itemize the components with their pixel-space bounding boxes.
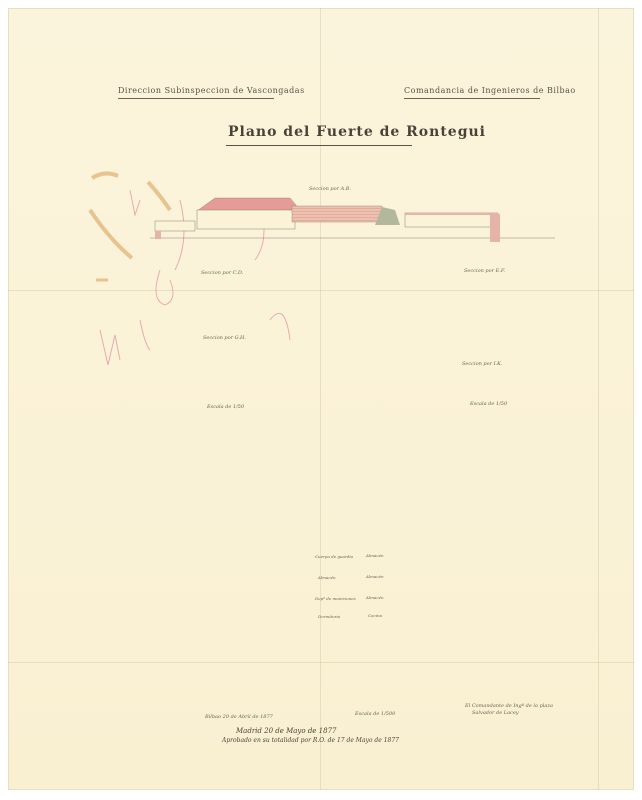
room-label: Dormitorio (318, 614, 340, 619)
room-label: Almacén (366, 553, 384, 558)
room-label: Almacén (366, 595, 384, 600)
plan-scale-label: Escala de 1/500 (355, 711, 395, 717)
commander-title: El Comandante de Ingº de la plaza (465, 703, 553, 709)
room-label: Depº de municiones (315, 596, 356, 601)
madrid-date: Madrid 20 de Mayo de 1877 (236, 727, 337, 735)
section-gh-scale: Escala de 1/50 (207, 404, 244, 410)
section-ab-label: Seccion por A.B. (309, 186, 351, 192)
section-ik-scale: Escala de 1/50 (470, 401, 507, 407)
commander-name: Salvador de Lacey (472, 710, 519, 716)
place-date: Bilbao 20 de Abril de 1877 (205, 714, 273, 720)
section-gh-label: Seccion por G.H. (203, 335, 246, 341)
section-cd-label: Seccion por C.D. (201, 270, 243, 276)
section-ef-label: Seccion por E.F. (464, 268, 505, 274)
section-ik-label: Seccion por I.K. (462, 361, 502, 367)
room-label: Cocina (368, 613, 382, 618)
approval-note: Aprobado en su totalidad por R.O. de 17 … (222, 737, 399, 744)
drawing-canvas (0, 0, 642, 800)
room-label: Almacén (318, 575, 336, 580)
room-label: Almacén (366, 574, 384, 579)
room-label: Cuerpo de guardia (315, 554, 353, 559)
section-ab-drawing (150, 198, 555, 242)
